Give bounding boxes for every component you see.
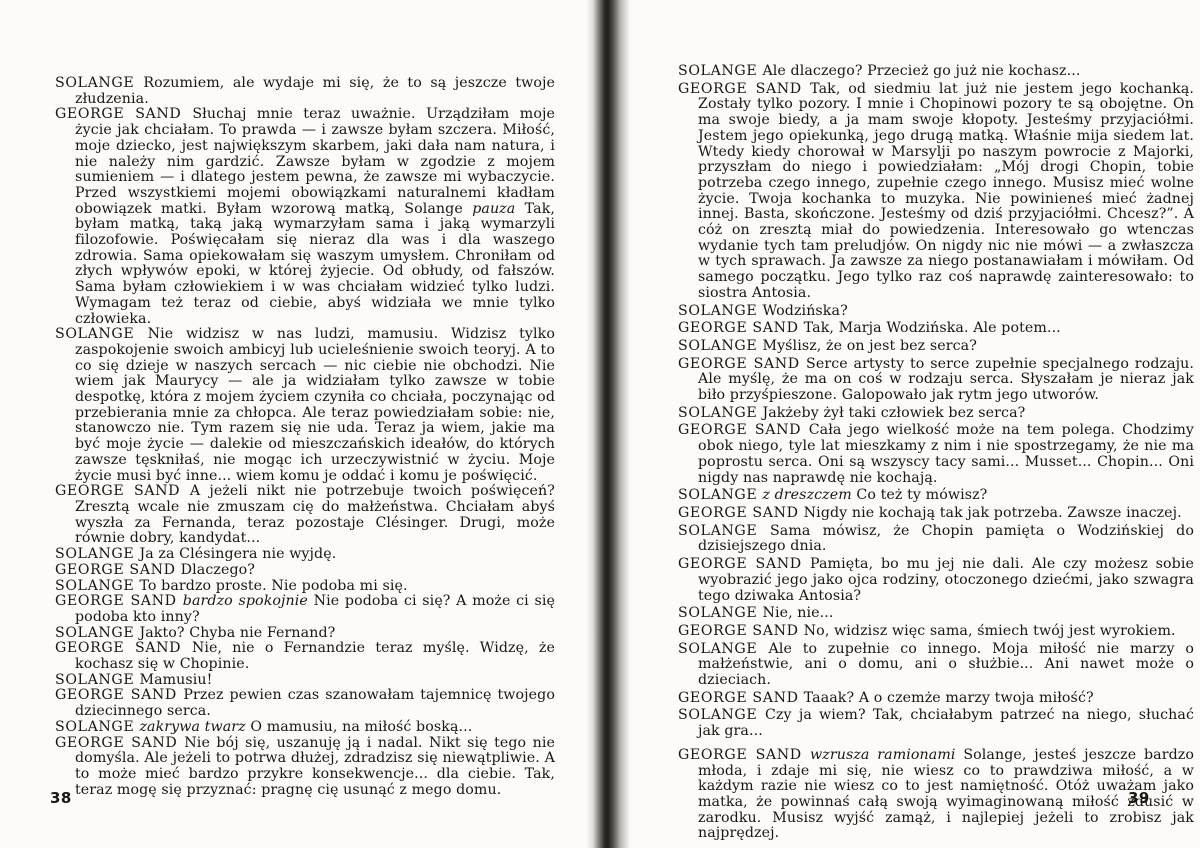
stage-direction: zakrywa twarz: [139, 719, 245, 735]
speaker-name: GEORGE SAND: [55, 735, 184, 751]
speaker-name: GEORGE SAND: [55, 562, 181, 578]
speaker-name: GEORGE SAND: [678, 747, 810, 763]
dialogue-text: Czy ja wiem? Tak, chciałabym patrzeć na …: [698, 707, 1194, 739]
speaker-name: SOLANGE: [678, 707, 765, 723]
speech: SOLANGE Czy ja wiem? Tak, chciałabym pat…: [678, 708, 1194, 739]
speech: SOLANGE Ale dlaczego? Przecież go już ni…: [678, 64, 1194, 80]
speaker-name: GEORGE SAND: [678, 505, 804, 521]
speaker-name: GEORGE SAND: [55, 593, 183, 609]
speech: SOLANGE Ale to zupełnie co innego. Moja …: [678, 642, 1194, 689]
speaker-name: SOLANGE: [678, 523, 770, 539]
speaker-name: GEORGE SAND: [678, 81, 810, 97]
speaker-name: GEORGE SAND: [55, 640, 192, 656]
right-page: SOLANGE Ale dlaczego? Przecież go już ni…: [630, 0, 1200, 848]
speaker-name: GEORGE SAND: [678, 623, 804, 639]
speech: GEORGE SAND Przez pewien czas szanowałam…: [55, 688, 555, 719]
speaker-name: SOLANGE: [678, 405, 762, 421]
book-spread: SOLANGE Rozumiem, ale wydaje mi się, że …: [0, 0, 1200, 848]
speech: GEORGE SAND Taaak? A o czemże marzy twoj…: [678, 691, 1194, 707]
dialogue-text: Nigdy nie kochają tak jak potrzeba. Zaws…: [804, 505, 1182, 521]
left-page-speeches: SOLANGE Rozumiem, ale wydaje mi się, że …: [55, 76, 555, 798]
dialogue-text: O mamusiu, na miłość boską...: [246, 719, 473, 735]
speaker-name: SOLANGE: [55, 578, 139, 594]
stage-direction: z dreszczem: [762, 487, 851, 503]
speech: GEORGE SAND Nie bój się, uszanuję ją i n…: [55, 736, 555, 799]
speech: GEORGE SAND Pamięta, bo mu jej nie dali.…: [678, 557, 1194, 604]
left-page: SOLANGE Rozumiem, ale wydaje mi się, że …: [0, 0, 590, 848]
speaker-name: GEORGE SAND: [678, 556, 810, 572]
speech: GEORGE SAND No, widzisz więc sama, śmiec…: [678, 624, 1194, 640]
dialogue-text: Rozumiem, ale wydaje mi się, że to są je…: [75, 75, 555, 107]
right-page-speeches: SOLANGE Ale dlaczego? Przecież go już ni…: [678, 64, 1194, 844]
speech: GEORGE SAND Nigdy nie kochają tak jak po…: [678, 506, 1194, 522]
speech: SOLANGE Jakżeby żył taki człowiek bez se…: [678, 406, 1194, 422]
speech: SOLANGE Nie widzisz w nas ludzi, mamusiu…: [55, 327, 555, 484]
dialogue-text: Jakto? Chyba nie Fernand?: [139, 625, 335, 641]
dialogue-text: Ale dlaczego? Przecież go już nie kochas…: [762, 63, 1080, 79]
speaker-name: GEORGE SAND: [678, 422, 809, 438]
speaker-name: SOLANGE: [678, 641, 769, 657]
speech: GEORGE SAND bardzo spokojnie Nie podoba …: [55, 594, 555, 625]
speech: GEORGE SAND wzrusza ramionami Solange, j…: [678, 748, 1194, 842]
speaker-name: GEORGE SAND: [678, 356, 806, 372]
speaker-name: SOLANGE: [55, 75, 143, 91]
dialogue-text: Taaak? A o czemże marzy twoja miłość?: [804, 690, 1094, 706]
speaker-name: SOLANGE: [678, 63, 762, 79]
speech: SOLANGE Sama mówisz, że Chopin pamięta o…: [678, 524, 1194, 555]
dialogue-text: Co też ty mówisz?: [852, 487, 988, 503]
speech: GEORGE SAND A jeżeli nikt nie potrzebuje…: [55, 484, 555, 547]
page-number: 39: [1128, 789, 1150, 807]
speech: GEORGE SAND Słuchaj mnie teraz uważnie. …: [55, 107, 555, 327]
dialogue-text: Ale to zupełnie co innego. Moja miłość n…: [698, 641, 1194, 688]
speaker-name: SOLANGE: [55, 672, 139, 688]
speech: GEORGE SAND Nie, nie o Fernandzie teraz …: [55, 641, 555, 672]
speech: SOLANGE Rozumiem, ale wydaje mi się, że …: [55, 76, 555, 107]
stage-direction: wzrusza ramionami: [810, 747, 956, 763]
dialogue-text: Dlaczego?: [181, 562, 255, 578]
speech: GEORGE SAND Serce artysty to serce zupeł…: [678, 357, 1194, 404]
speech: GEORGE SAND Tak, od siedmiu lat już nie …: [678, 82, 1194, 302]
speaker-name: GEORGE SAND: [55, 687, 183, 703]
dialogue-text: Ja za Clésingera nie wyjdę.: [139, 546, 336, 562]
dialogue-text: Tak, od siedmiu lat już nie jestem jego …: [698, 81, 1194, 301]
speaker-name: SOLANGE: [678, 605, 762, 621]
speech: GEORGE SAND Dlaczego?: [55, 563, 555, 579]
dialogue-text: Tak, byłam matką, taką jaką wymarzyłam s…: [75, 201, 555, 327]
dialogue-text: Sama mówisz, że Chopin pamięta o Wodzińs…: [698, 523, 1194, 555]
stage-direction: pauza: [472, 201, 515, 217]
dialogue-text: Nie widzisz w nas ludzi, mamusiu. Widzis…: [75, 326, 555, 483]
dialogue-text: Tak, Marja Wodzińska. Ale potem...: [804, 320, 1061, 336]
speech: SOLANGE z dreszczem Co też ty mówisz?: [678, 488, 1194, 504]
stage-direction: bardzo spokojnie: [183, 593, 308, 609]
speech: GEORGE SAND Tak, Marja Wodzińska. Ale po…: [678, 321, 1194, 337]
speaker-name: SOLANGE: [678, 487, 762, 503]
speech: SOLANGE Mamusiu!: [55, 673, 555, 689]
dialogue-text: To bardzo proste. Nie podoba mi się.: [139, 578, 407, 594]
dialogue-text: Jakżeby żył taki człowiek bez serca?: [762, 405, 1025, 421]
speaker-name: SOLANGE: [678, 303, 762, 319]
dialogue-text: Myślisz, że on jest bez serca?: [762, 338, 976, 354]
speaker-name: SOLANGE: [55, 719, 139, 735]
speech: GEORGE SAND Cała jego wielkość może na t…: [678, 423, 1194, 486]
book-spine: [586, 0, 630, 848]
dialogue-text: Wodzińska?: [762, 303, 847, 319]
speaker-name: SOLANGE: [55, 625, 139, 641]
speaker-name: GEORGE SAND: [678, 690, 804, 706]
speech: SOLANGE Ja za Clésingera nie wyjdę.: [55, 547, 555, 563]
speaker-name: GEORGE SAND: [678, 320, 804, 336]
dialogue-text: No, widzisz więc sama, śmiech twój jest …: [804, 623, 1176, 639]
speaker-name: SOLANGE: [678, 338, 762, 354]
speech: SOLANGE Jakto? Chyba nie Fernand?: [55, 626, 555, 642]
speech: SOLANGE Nie, nie...: [678, 606, 1194, 622]
speech: SOLANGE zakrywa twarz O mamusiu, na miło…: [55, 720, 555, 736]
speaker-name: GEORGE SAND: [55, 106, 192, 122]
dialogue-text: Nie, nie...: [762, 605, 833, 621]
speaker-name: GEORGE SAND: [55, 483, 190, 499]
page-number: 38: [50, 789, 72, 807]
dialogue-text: Mamusiu!: [139, 672, 212, 688]
speech: SOLANGE Myślisz, że on jest bez serca?: [678, 339, 1194, 355]
speech: SOLANGE Wodzińska?: [678, 304, 1194, 320]
speaker-name: SOLANGE: [55, 326, 148, 342]
speaker-name: SOLANGE: [55, 546, 139, 562]
speech: SOLANGE To bardzo proste. Nie podoba mi …: [55, 579, 555, 595]
